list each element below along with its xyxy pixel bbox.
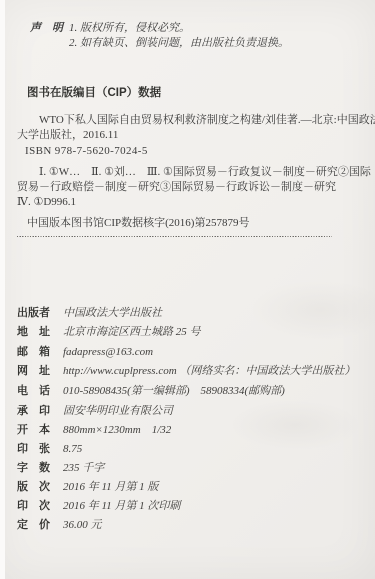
- notice-item-2: 2. 如有缺页、倒装问题，由出版社负责退换。: [69, 36, 289, 50]
- pub-info-value: 中国政法大学出版社: [63, 307, 162, 319]
- pub-info-label: 印 张: [17, 442, 52, 456]
- cip-description-line-2: 大学出版社，2016.11: [17, 128, 118, 142]
- cip-classification-line-2: 贸易－行政赔偿－制度－研究③国际贸易－行政诉讼－制度－研究: [17, 180, 336, 194]
- dotted-divider: [17, 236, 332, 238]
- cip-section-title: 图书在版编目（CIP）数据: [27, 86, 161, 100]
- pub-info-row: 电 话010-58908435(第一编辑部) 58908334(邮购部): [17, 384, 285, 398]
- pub-info-value: 8.75: [63, 443, 82, 455]
- book-copyright-page: 声 明 1. 版权所有，侵权必究。 2. 如有缺页、倒装问题，由出版社负责退换。…: [0, 0, 375, 579]
- pub-info-label: 印 次: [17, 499, 52, 513]
- pub-info-value: 880mm×1230mm 1/32: [63, 424, 171, 436]
- pub-info-value: 235 千字: [63, 462, 104, 474]
- pub-info-label: 出版者: [17, 306, 52, 320]
- notice-item-1: 1. 版权所有，侵权必究。: [69, 21, 190, 35]
- cip-classification-line-3: Ⅳ. ①D996.1: [17, 195, 76, 209]
- notice-label: 声 明: [30, 21, 63, 35]
- scan-left-edge: [0, 0, 5, 579]
- isbn-line: ISBN 978-7-5620-7024-5: [25, 144, 148, 158]
- pub-info-label: 电 话: [17, 384, 52, 398]
- pub-info-value: 2016 年 11 月第 1 版: [63, 481, 158, 493]
- pub-info-label: 地 址: [17, 325, 52, 339]
- pub-info-row: 版 次2016 年 11 月第 1 版: [17, 480, 158, 494]
- pub-info-row: 印 次2016 年 11 月第 1 次印刷: [17, 499, 180, 513]
- pub-info-label: 网 址: [17, 364, 52, 378]
- pub-info-value: 2016 年 11 月第 1 次印刷: [63, 500, 180, 512]
- pub-info-row: 定 价36.00 元: [17, 518, 102, 532]
- pub-info-value: fadapress@163.com: [63, 346, 153, 358]
- cip-record-number: 中国版本图书馆CIP数据核字(2016)第257879号: [27, 216, 249, 230]
- scan-smudge: [250, 280, 375, 340]
- pub-info-row: 开 本880mm×1230mm 1/32: [17, 423, 171, 437]
- pub-info-value: 固安华明印业有限公司: [63, 405, 173, 417]
- pub-info-label: 开 本: [17, 423, 52, 437]
- pub-info-label: 定 价: [17, 518, 52, 532]
- pub-info-value: 010-58908435(第一编辑部) 58908334(邮购部): [63, 385, 285, 397]
- pub-info-row: 承 印固安华明印业有限公司: [17, 404, 173, 418]
- pub-info-label: 版 次: [17, 480, 52, 494]
- pub-info-value: http://www.cuplpress.com （网络实名：中国政法大学出版社…: [63, 365, 355, 377]
- pub-info-row: 字 数235 千字: [17, 461, 104, 475]
- pub-info-label: 邮 箱: [17, 345, 52, 359]
- pub-info-row: 出版者中国政法大学出版社: [17, 306, 162, 320]
- pub-info-label: 承 印: [17, 404, 52, 418]
- pub-info-value: 北京市海淀区西土城路 25 号: [63, 326, 201, 338]
- cip-classification-line-1: Ⅰ. ①W… Ⅱ. ①刘… Ⅲ. ①国际贸易－行政复议－制度－研究②国际: [39, 165, 371, 179]
- pub-info-row: 网 址http://www.cuplpress.com （网络实名：中国政法大学…: [17, 364, 355, 378]
- pub-info-row: 印 张8.75: [17, 442, 82, 456]
- pub-info-value: 36.00 元: [63, 519, 102, 531]
- pub-info-row: 地 址北京市海淀区西土城路 25 号: [17, 325, 201, 339]
- pub-info-row: 邮 箱fadapress@163.com: [17, 345, 153, 359]
- cip-description-line-1: WTO下私人国际自由贸易权利救济制度之构建/刘佳著.—北京:中国政法: [39, 113, 375, 127]
- scan-smudge: [230, 400, 360, 450]
- pub-info-label: 字 数: [17, 461, 52, 475]
